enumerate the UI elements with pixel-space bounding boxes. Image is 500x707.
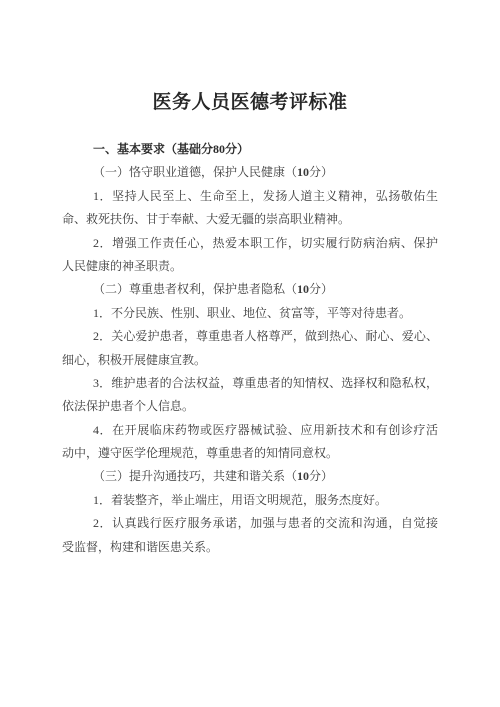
document-title: 医务人员医德考评标准: [0, 90, 500, 116]
subsection-heading-1: （一）恪守职业道德，保护人民健康（10分）: [62, 161, 438, 184]
subsection-heading-suffix: 分）: [309, 282, 333, 296]
list-item-text: 2．增强工作责任心，热爱本职工作，切实履行防病治病、保护: [62, 232, 438, 255]
list-item-continuation: 人民健康的神圣职责。: [62, 255, 438, 278]
list-item-continuation: 依法保护患者个人信息。: [62, 395, 438, 418]
list-item-text: 1．着装整齐，举止端庄，用语文明规范，服务杰度好。: [62, 489, 438, 512]
list-item-text: 1．坚持人民至上、生命至上，发扬人道主义精神，弘扬敬佑生: [62, 185, 438, 208]
document-page: 医务人员医德考评标准 一、基本要求（基础分80分） （一）恪守职业道德，保护人民…: [0, 0, 500, 707]
subsection-heading-2: （二）尊重患者权利，保护患者隐私（10分）: [62, 278, 438, 301]
score-value: 10: [297, 282, 309, 296]
subsection-heading-suffix: 分）: [309, 165, 333, 179]
list-item-text: 1．不分民族、性别、职业、地位、贫富等，平等对待患者。: [62, 302, 438, 325]
score-value: 10: [297, 469, 309, 483]
list-item-text: 2．认真践行医疗服务承诺，加强与患者的交流和沟通，自觉接: [62, 512, 438, 535]
score-value: 10: [297, 165, 309, 179]
subsection-heading-text: （二）尊重患者权利，保护患者隐私（: [93, 282, 297, 296]
document-body: 一、基本要求（基础分80分） （一）恪守职业道德，保护人民健康（10分） 1．坚…: [0, 138, 500, 559]
list-item-text: 3．维护患者的合法权益，尊重患者的知情权、选择权和隐私权，: [62, 372, 438, 395]
list-item-continuation: 动中，遵守医学伦理规范，尊重患者的知情同意权。: [62, 442, 438, 465]
list-item-text: 2．关心爱护患者，尊重患者人格尊严，做到热心、耐心、爱心、: [62, 325, 438, 348]
list-item-continuation: 命、救死扶伤、甘于奉献、大爱无疆的崇高职业精神。: [62, 208, 438, 231]
subsection-heading-suffix: 分）: [309, 469, 333, 483]
list-item-text: 4．在开展临床药物或医疗器械试验、应用新技术和有创诊疗活: [62, 419, 438, 442]
section-heading-basic-requirements: 一、基本要求（基础分80分）: [62, 138, 438, 161]
list-item-continuation: 细心，积极开展健康宣教。: [62, 349, 438, 372]
subsection-heading-text: （三）提升沟通技巧，共建和谐关系（: [93, 469, 297, 483]
subsection-heading-3: （三）提升沟通技巧，共建和谐关系（10分）: [62, 465, 438, 488]
subsection-heading-text: （一）恪守职业道德，保护人民健康（: [93, 165, 297, 179]
list-item-continuation: 受监督，构建和谐医患关系。: [62, 536, 438, 559]
